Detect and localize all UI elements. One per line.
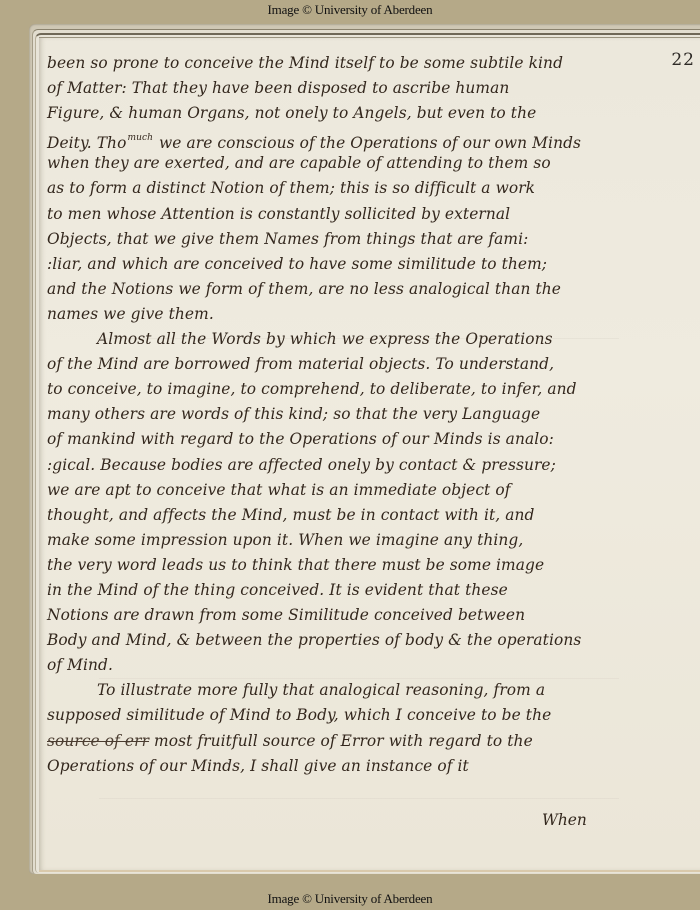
manuscript-line: when they are exerted, and are capable o… [47,151,627,176]
manuscript-line: Deity. Thomuch we are conscious of the O… [47,126,627,151]
manuscript-line: make some impression upon it. When we im… [47,528,627,553]
manuscript-line: Operations of our Minds, I shall give an… [47,754,627,779]
manuscript-line: as to form a distinct Notion of them; th… [47,176,627,201]
manuscript-line: to men whose Attention is constantly sol… [47,202,627,227]
manuscript-line: in the Mind of the thing conceived. It i… [47,578,627,603]
manuscript-line: and the Notions we form of them, are no … [47,277,627,302]
manuscript-line: Body and Mind, & between the properties … [47,628,627,653]
manuscript-line: source of err most fruitfull source of E… [47,729,627,754]
line-text: Deity. Tho [47,134,126,152]
manuscript-line: Figure, & human Organs, not onely to Ang… [47,101,627,126]
struck-through-text: source of err [47,732,149,750]
manuscript-line: thought, and affects the Mind, must be i… [47,503,627,528]
manuscript-line: many others are words of this kind; so t… [47,402,627,427]
copyright-credit-bottom: Image © University of Aberdeen [0,891,700,907]
manuscript-line: :gical. Because bodies are affected onel… [47,453,627,478]
manuscript-line: :liar, and which are conceived to have s… [47,252,627,277]
manuscript-line: supposed similitude of Mind to Body, whi… [47,703,627,728]
manuscript-line: we are apt to conceive that what is an i… [47,478,627,503]
manuscript-line: of the Mind are borrowed from material o… [47,352,627,377]
manuscript-line-paragraph-start: Almost all the Words by which we express… [47,327,627,352]
bleed-through-mark [99,798,619,799]
manuscript-line: of Matter: That they have been disposed … [47,76,627,101]
manuscript-text: been so prone to conceive the Mind itsel… [47,51,627,779]
page-number: 22 [671,50,695,70]
manuscript-line: to conceive, to imagine, to comprehend, … [47,377,627,402]
manuscript-line: Objects, that we give them Names from th… [47,227,627,252]
line-text: most fruitfull source of Error with rega… [149,732,533,750]
manuscript-page: 22 been so prone to conceive the Mind it… [39,37,700,872]
manuscript-line: been so prone to conceive the Mind itsel… [47,51,627,76]
interlinear-insertion: much [127,133,153,143]
manuscript-line: of mankind with regard to the Operations… [47,427,627,452]
copyright-credit-top: Image © University of Aberdeen [0,2,700,18]
manuscript-line-paragraph-start: To illustrate more fully that analogical… [47,678,627,703]
catchword: When [542,811,587,829]
manuscript-line: names we give them. [47,302,627,327]
manuscript-line: of Mind. [47,653,627,678]
manuscript-line: Notions are drawn from some Similitude c… [47,603,627,628]
line-text: we are conscious of the Operations of ou… [154,134,581,152]
manuscript-line: the very word leads us to think that the… [47,553,627,578]
